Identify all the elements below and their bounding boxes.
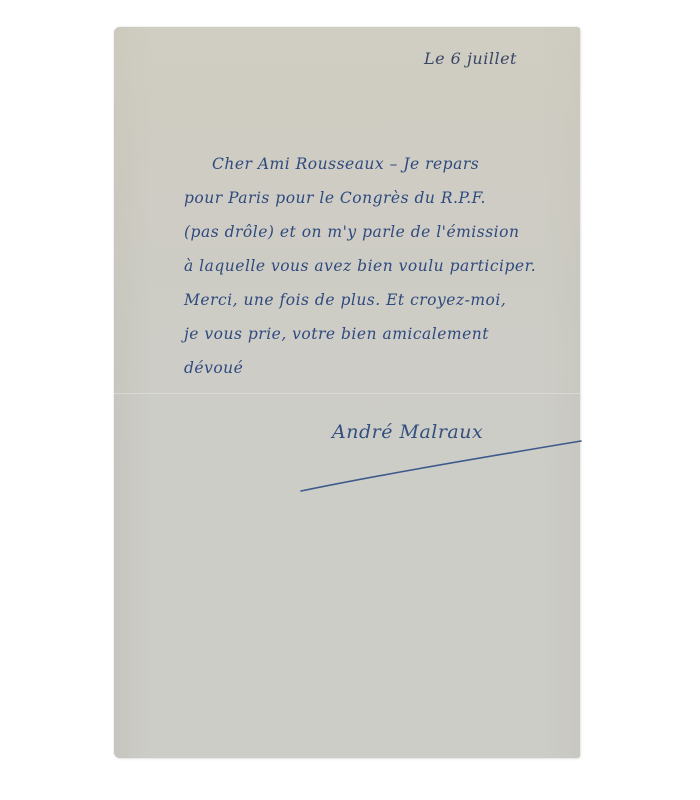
letter-paper: Le 6 juillet Cher Ami Rousseaux – Je rep…: [114, 27, 580, 758]
letter-body-line: dévoué: [184, 359, 243, 377]
letter-body-line: Merci, une fois de plus. Et croyez-moi,: [184, 291, 506, 309]
letter-body-line: je vous prie, votre bien amicalement: [184, 325, 489, 343]
letter-body-line: pour Paris pour le Congrès du R.P.F.: [184, 189, 486, 207]
letter-body-line: à laquelle vous avez bien voulu particip…: [184, 257, 536, 275]
paper-fold-line: [114, 393, 580, 395]
letter-body-line: Cher Ami Rousseaux – Je repars: [212, 155, 479, 173]
letter-body-line: (pas drôle) et on m'y parle de l'émissio…: [184, 223, 519, 241]
letter-date: Le 6 juillet: [424, 49, 517, 68]
signature-underline-stroke: [299, 427, 589, 507]
